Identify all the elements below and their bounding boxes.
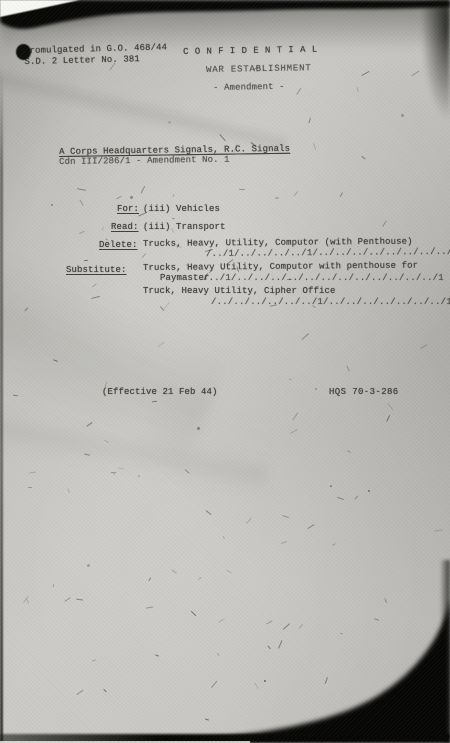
right-edge-shadow bbox=[440, 560, 450, 743]
effective-date: (Effective 21 Feb 44) bbox=[102, 387, 218, 398]
war-establishment-title: WAR ESTABLISHMENT bbox=[206, 63, 312, 76]
top-right-shadow bbox=[420, 0, 450, 150]
scan-noise-layer bbox=[0, 0, 450, 743]
page-corner-fold bbox=[0, 0, 80, 17]
top-edge-shadow bbox=[0, 0, 450, 38]
substitute-figures: /../1/../../../../../../../../../../../.… bbox=[203, 273, 444, 284]
stamp-line-2: S.D. 2 Letter No. 381 bbox=[24, 54, 167, 68]
read-label: Read: bbox=[111, 222, 139, 233]
delete-figures: /../1/../../../../1/../../../../../../..… bbox=[206, 247, 450, 260]
read-value: (iii) Transport bbox=[143, 222, 226, 233]
for-value: (iii) Vehicles bbox=[143, 204, 220, 215]
substitute-second-figures: /../../../../../../1/../../../../../../.… bbox=[211, 297, 450, 308]
file-reference: HQS 70-3-286 bbox=[329, 387, 399, 398]
promulgation-stamp: Promulgated in G.O. 468/44 S.D. 2 Letter… bbox=[24, 43, 168, 68]
scanned-document-page: Promulgated in G.O. 468/44 S.D. 2 Letter… bbox=[0, 0, 450, 743]
substitute-value-line1: Trucks, Heavy Utility, Computor with pen… bbox=[143, 261, 418, 274]
for-label: For: bbox=[117, 204, 139, 215]
delete-label: Delete: bbox=[99, 240, 138, 251]
left-edge-shadow bbox=[0, 70, 3, 743]
unit-reference: Cdn III/286/1 - Amendment No. 1 bbox=[59, 155, 230, 168]
paper-crease bbox=[0, 404, 271, 495]
bottom-right-shadow bbox=[200, 599, 450, 739]
classification-header: C O N F I D E N T I A L bbox=[183, 45, 318, 58]
amendment-subtitle: - Amendment - bbox=[213, 82, 285, 94]
substitute-second-value: Truck, Heavy Utility, Cipher Office bbox=[143, 286, 336, 297]
bottom-edge-shadow bbox=[0, 734, 450, 743]
substitute-label: Substitute: bbox=[66, 265, 127, 276]
